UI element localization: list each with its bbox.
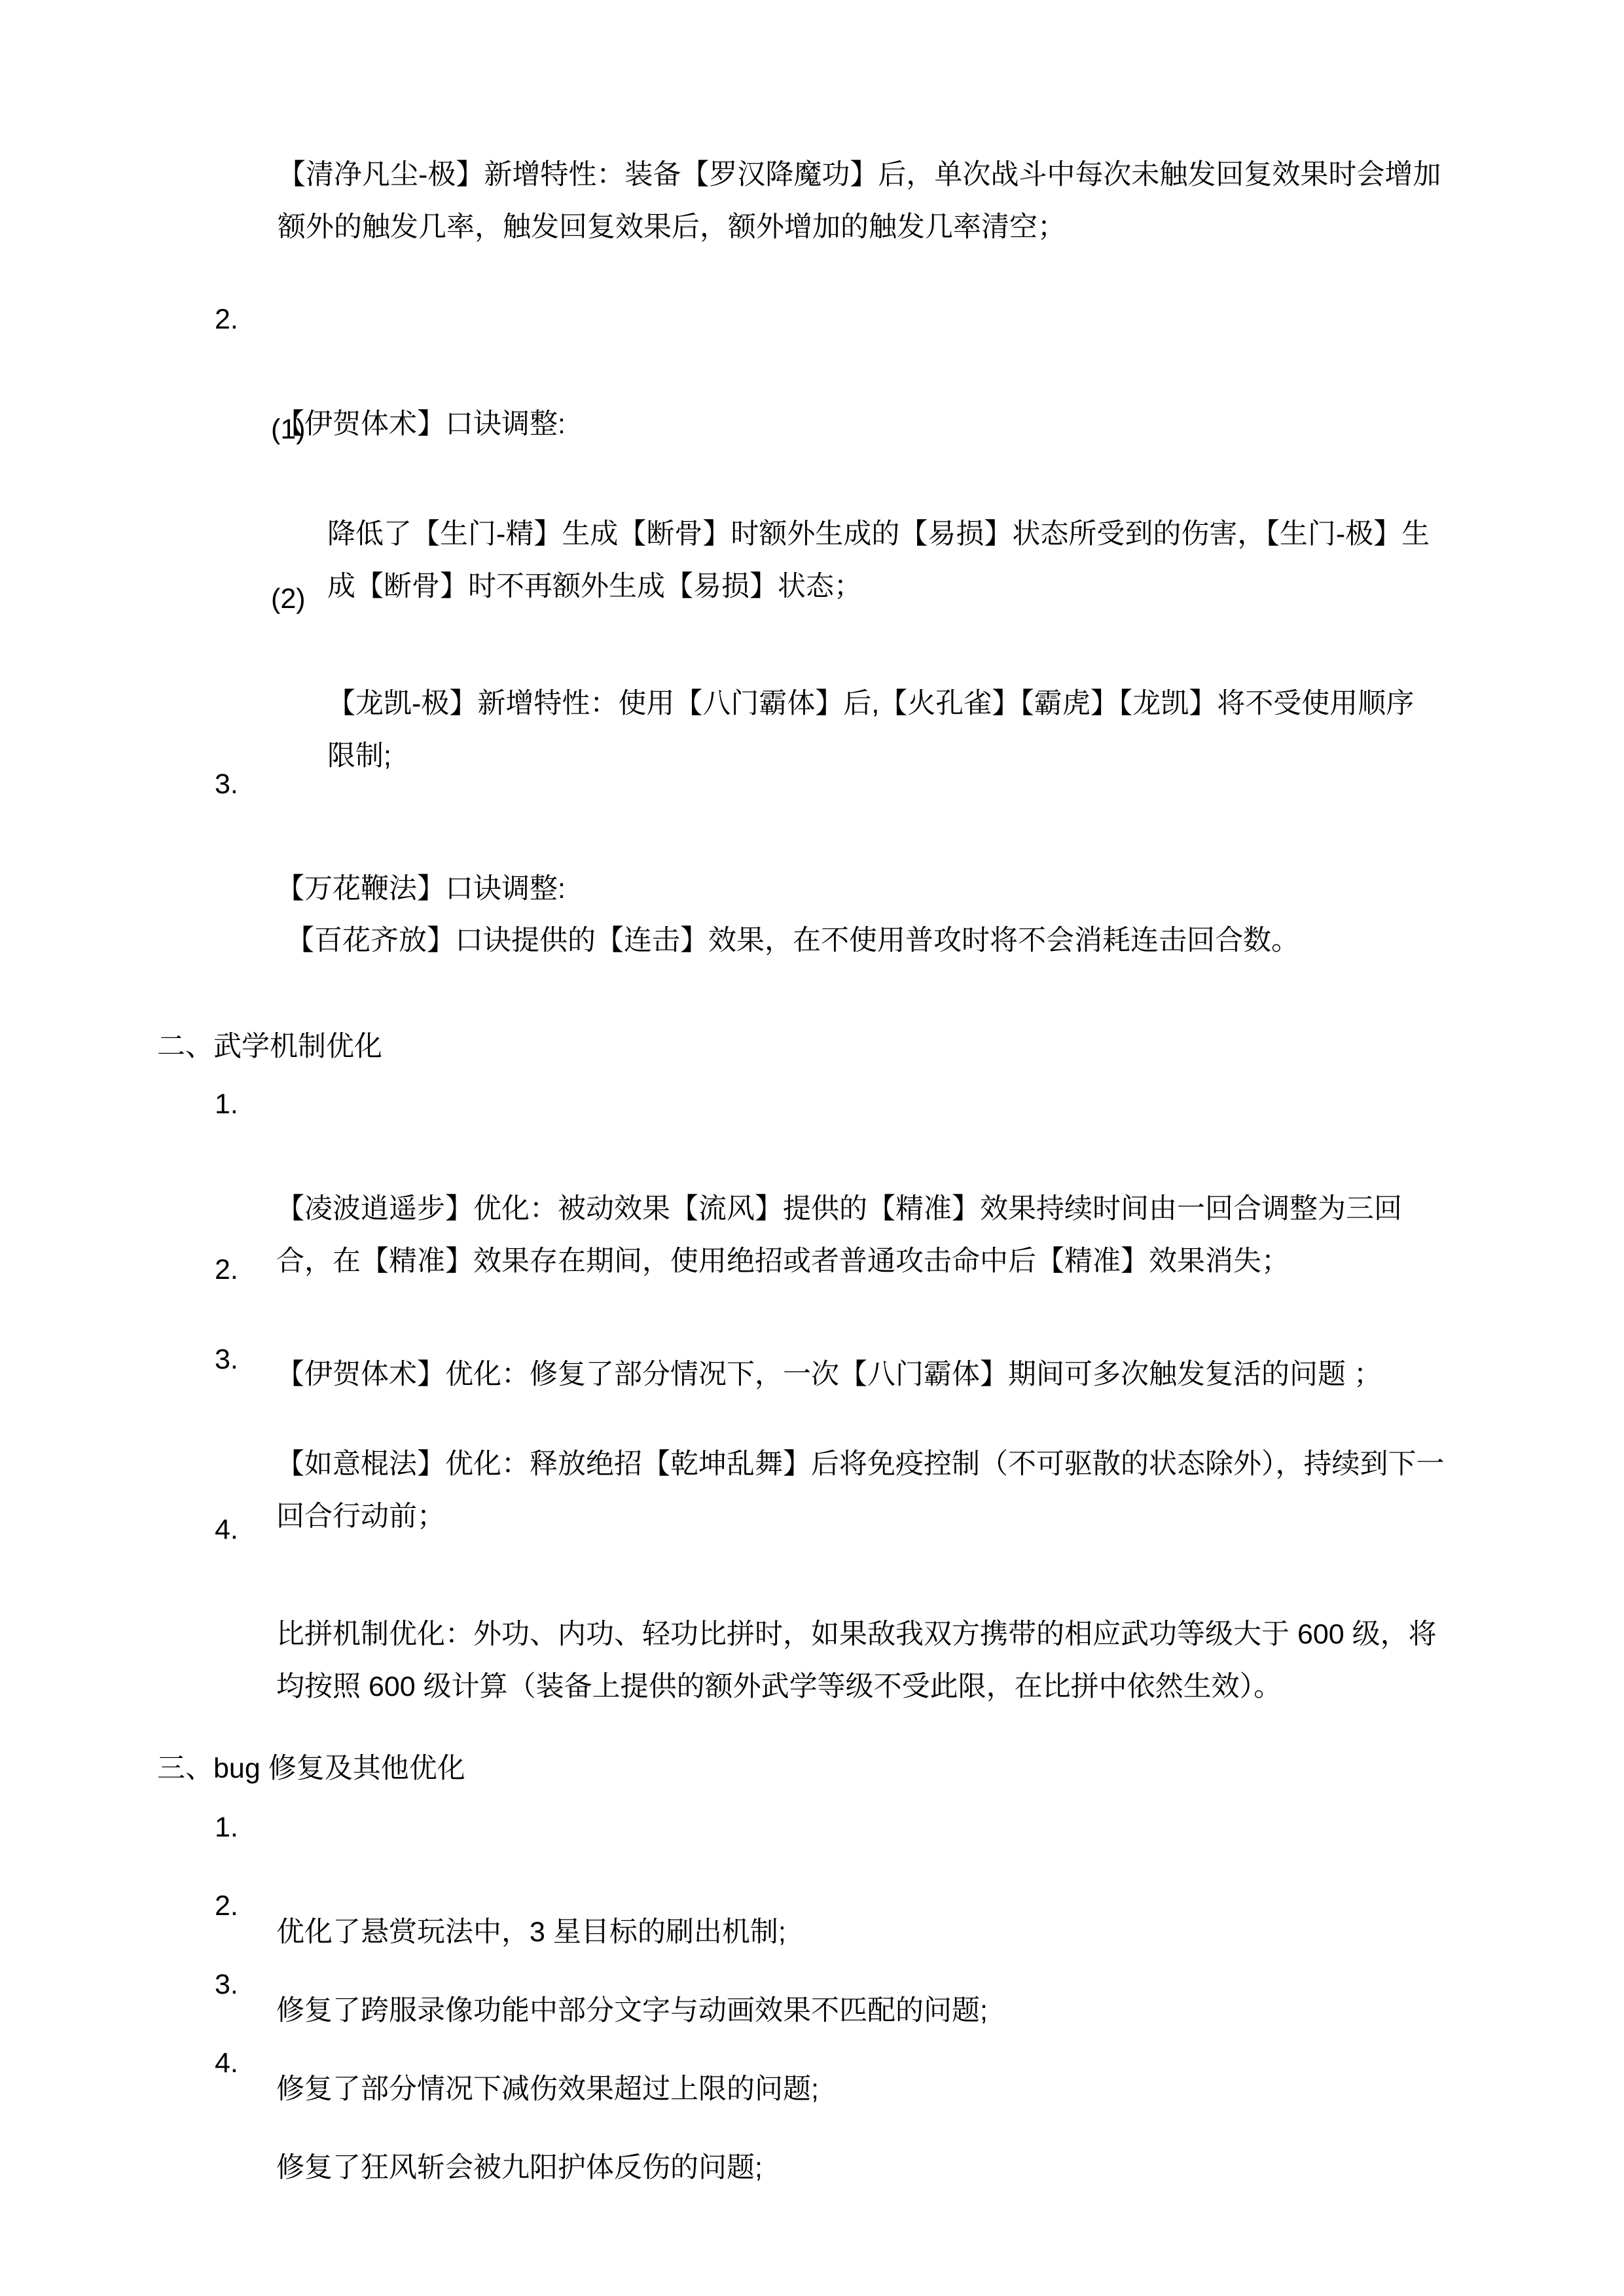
paragraph-text: 【清净凡尘-极】新增特性：装备【罗汉降魔功】后，单次战斗中每次未触发回复效果时会… (278, 149, 1521, 253)
list-marker: 2. (215, 1244, 238, 1296)
list-marker: 4. (215, 1503, 238, 1556)
list-marker: 4. (215, 2037, 238, 2089)
list-marker: 2. (215, 1880, 238, 1932)
list-marker: 3. (215, 758, 238, 810)
list-marker: 3. (215, 1958, 238, 2011)
heading-text: 二、武学机制优化 (157, 1020, 1466, 1073)
paragraph-text: 修复了狂风斩会被九阳护体反伤的问题; (276, 2142, 1520, 2194)
list-marker: (2) (271, 573, 306, 625)
list-marker: 3. (215, 1333, 238, 1386)
list-marker: 2. (215, 293, 238, 346)
heading-text: 三、bug 修复及其他优化 (157, 1742, 1466, 1795)
continuation-paragraph: 【清净凡尘-极】新增特性：装备【罗汉降魔功】后，单次战斗中每次未触发回复效果时会… (278, 96, 1521, 306)
list-marker: (1) (271, 403, 306, 456)
numbered-item: 4. 修复了狂风斩会被九阳护体反伤的问题; (276, 2037, 1520, 2246)
list-marker: 1. (215, 1801, 238, 1854)
document-page: 【清净凡尘-极】新增特性：装备【罗汉降魔功】后，单次战斗中每次未触发回复效果时会… (0, 0, 1624, 2296)
paragraph-text: 【百花齐放】口诀提供的【连击】效果，在不使用普攻时将不会消耗连击回合数。 (286, 914, 1530, 967)
list-marker: 1. (215, 1078, 238, 1130)
